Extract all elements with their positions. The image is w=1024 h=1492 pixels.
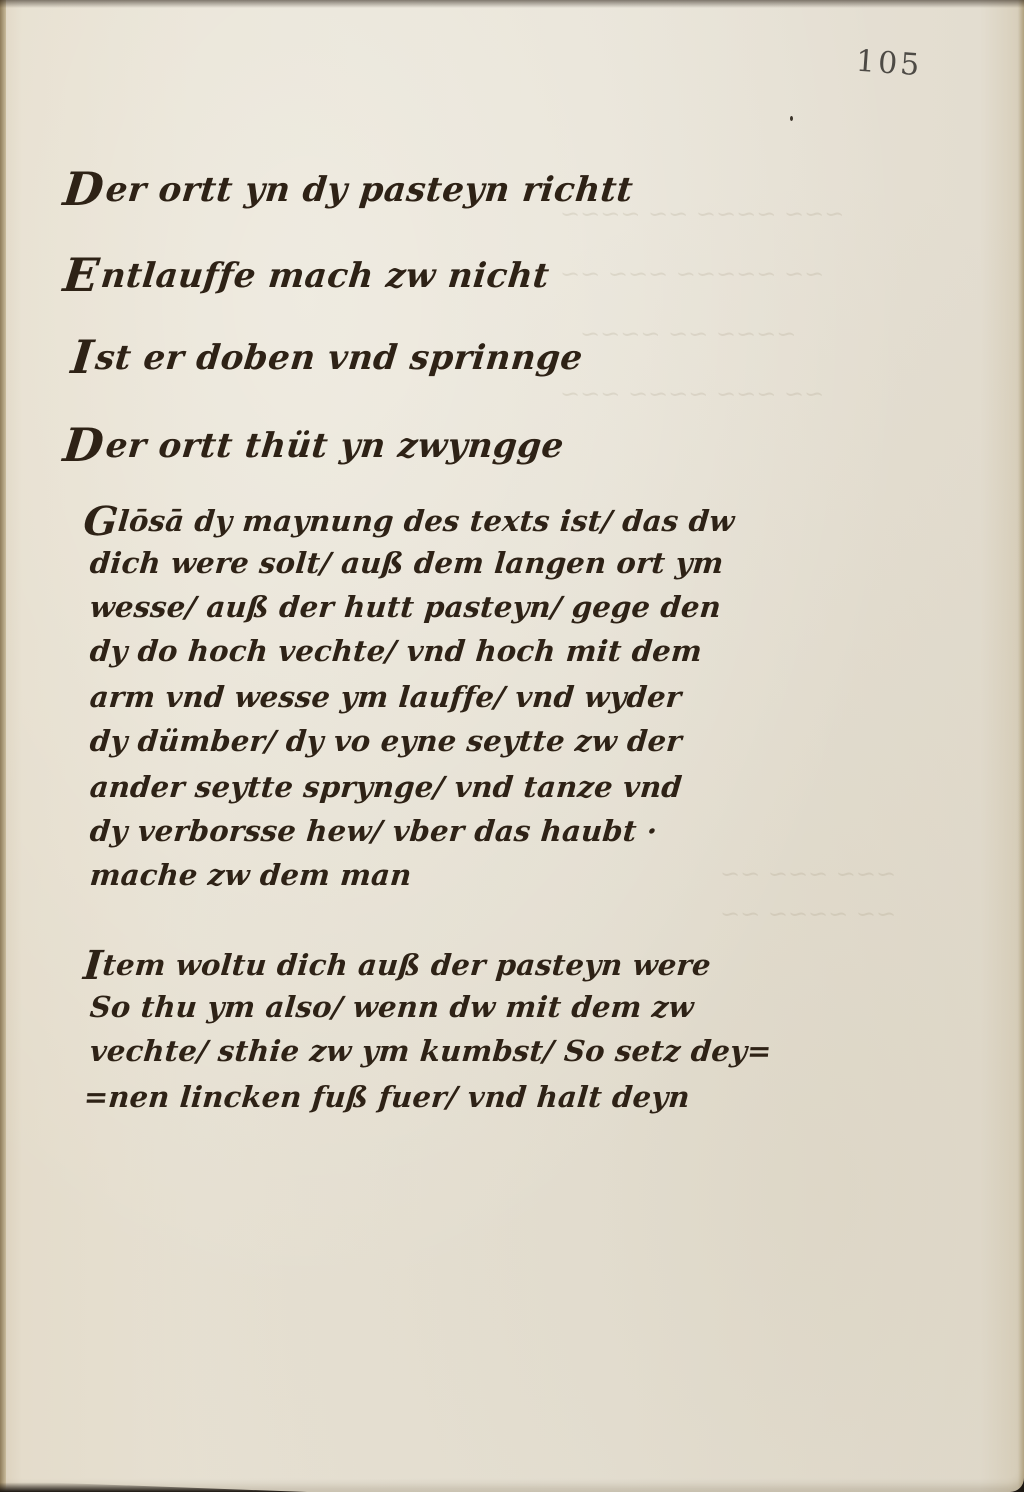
item-line: vechte/ sthie zw ym kumbst/ So setz dey=	[89, 1034, 774, 1068]
verse-line: Der ortt thüt yn zwyngge	[61, 414, 567, 468]
manuscript-page: ~~~ ~~~~ ~~ ~~~~ ~~ ~~~~~ ~~~ ~~ ~~~~ ~~…	[0, 0, 1024, 1492]
verse-line-text: er ortt yn dy pasteyn richtt	[104, 170, 635, 210]
verse-line: Der ortt yn dy pasteyn richtt	[61, 158, 636, 212]
bleed-through-text: ~~~~ ~~ ~~~~	[580, 320, 796, 348]
verse-line-text: ntlauffe mach zw nicht	[99, 256, 551, 296]
decorated-initial: D	[61, 418, 107, 472]
gloss-line: Glōsā dy maynung des texts ist/ das dw	[82, 494, 737, 541]
gloss-line: arm vnd wesse ym lauffe/ vnd wyder	[89, 680, 683, 714]
folio-number: 105	[855, 44, 924, 84]
decorated-initial: I	[82, 942, 105, 989]
gloss-line-text: dy dümber/ dy vo eyne seytte zw der	[89, 724, 684, 758]
item-line: =nen lincken fuß fuer/ vnd halt deyn	[83, 1080, 692, 1114]
decorated-initial: I	[69, 330, 97, 384]
gloss-line-text: wesse/ auß der hutt pasteyn/ gege den	[89, 590, 723, 624]
gloss-line: dy dümber/ dy vo eyne seytte zw der	[89, 724, 684, 758]
item-line-text: =nen lincken fuß fuer/ vnd halt deyn	[83, 1080, 692, 1114]
bleed-through-text: ~~ ~~~~~ ~~~ ~~	[560, 260, 824, 288]
gloss-line-text: dich were solt/ auß dem langen ort ym	[89, 546, 725, 580]
gloss-line-text: dy verborsse hew/ vber das haubt ·	[89, 814, 659, 848]
item-line: Item woltu dich auß der pasteyn were	[82, 938, 713, 985]
verse-line: Ist er doben vnd sprinnge	[69, 326, 586, 380]
gloss-line: mache zw dem man	[89, 858, 414, 892]
bleed-through-text: ~~ ~~~ ~~~~ ~~~	[560, 380, 824, 408]
gloss-line: wesse/ auß der hutt pasteyn/ gege den	[89, 590, 723, 624]
gloss-line: dy do hoch vechte/ vnd hoch mit dem	[89, 634, 704, 668]
decorated-initial: G	[82, 498, 120, 545]
gloss-line: dy verborsse hew/ vber das haubt ·	[89, 814, 659, 848]
decorated-initial: D	[61, 162, 107, 216]
verse-line: Entlauffe mach zw nicht	[61, 244, 553, 298]
gloss-line: ander seytte sprynge/ vnd tanze vnd	[89, 770, 684, 804]
gloss-line: dich were solt/ auß dem langen ort ym	[89, 546, 725, 580]
gloss-line-text: mache zw dem man	[89, 858, 414, 892]
gloss-line-text: ander seytte sprynge/ vnd tanze vnd	[89, 770, 684, 804]
gloss-line-text: arm vnd wesse ym lauffe/ vnd wyder	[89, 680, 683, 714]
item-line-text: vechte/ sthie zw ym kumbst/ So setz dey=	[89, 1034, 774, 1068]
decorated-initial: E	[61, 248, 102, 302]
item-line-text: So thu ym also/ wenn dw mit dem zw	[89, 990, 696, 1024]
page-top-shadow	[0, 0, 1024, 8]
verse-line-text: er ortt thüt yn zwyngge	[104, 426, 566, 466]
verse-line-text: st er doben vnd sprinnge	[93, 338, 584, 378]
ink-speck	[790, 116, 793, 121]
gloss-line-text: dy do hoch vechte/ vnd hoch mit dem	[89, 634, 704, 668]
bleed-through-text: ~~ ~~~~ ~~	[720, 900, 896, 928]
bleed-through-text: ~~~ ~~~ ~~	[720, 860, 896, 888]
gloss-line-text: lōsā dy maynung des texts ist/ das dw	[117, 504, 736, 538]
item-line-text: tem woltu dich auß der pasteyn were	[101, 948, 712, 982]
item-line: So thu ym also/ wenn dw mit dem zw	[89, 990, 696, 1024]
